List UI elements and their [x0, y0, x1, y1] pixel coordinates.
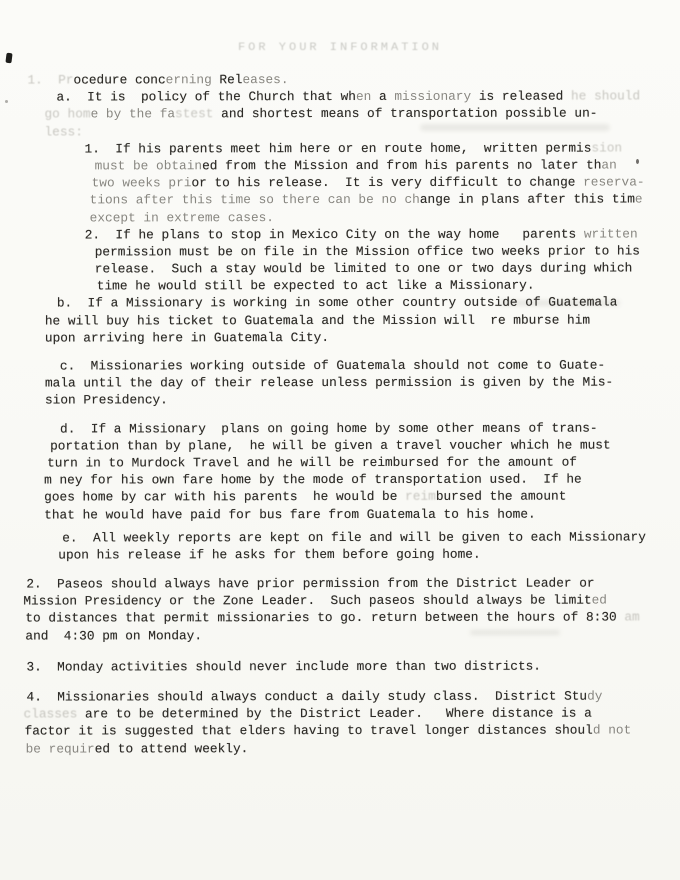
text-segment: must be obtain: [95, 158, 203, 173]
text-segment: a. It is policy of the Church that wh: [56, 89, 356, 105]
text-line: 2. If he plans to stop in Mexico City on…: [85, 225, 680, 243]
text-segment: he should: [571, 89, 640, 104]
text-segment: 4. Missionaries should always conduct a …: [26, 689, 587, 705]
text-line: c. Missionaries working outside of Guate…: [60, 356, 680, 374]
text-segment: reserva-: [583, 175, 644, 190]
text-segment: 3. Monday activities should never includ…: [26, 658, 541, 674]
text-line: 2. Paseos should always have prior permi…: [26, 574, 680, 592]
text-line: 3. Monday activities should never includ…: [26, 657, 680, 675]
text-segment: be requir: [26, 741, 95, 756]
text-segment: stest: [175, 107, 213, 122]
text-line: sion Presidency.: [45, 391, 680, 409]
text-segment: ocedure conc: [73, 72, 165, 87]
text-line: goes home by car with his parents he wou…: [44, 488, 680, 506]
text-line: and 4:30 pm on Monday.: [25, 626, 680, 644]
text-segment: release. Such a stay would be limited to…: [95, 261, 633, 277]
text-line: time he would still be expected to act l…: [97, 277, 680, 295]
text-segment: e. All weekly reports are kept on file a…: [62, 529, 646, 545]
text-segment: ange in plans after this tim: [420, 192, 635, 207]
text-segment: goes home by car with his parents he wou…: [44, 489, 405, 505]
text-line: 1. If his parents meet him here or en ro…: [85, 139, 680, 157]
text-segment: eases.: [242, 72, 288, 87]
text-line: classes are to be determined by the Dist…: [24, 705, 680, 723]
text-segment: b. If a Missionary is working in some ot…: [57, 295, 618, 311]
text-segment: go hom: [44, 107, 90, 122]
text-segment: ed to attend weekly.: [95, 741, 249, 756]
text-segment: classes: [24, 707, 78, 722]
document-title: FOR YOUR INFORMATION: [0, 2, 680, 54]
text-segment: 2. If he plans to stop in Mexico City on…: [85, 226, 584, 242]
text-line: portation than by plane, he will be give…: [50, 436, 680, 454]
text-segment: e by the fa: [91, 107, 176, 122]
text-line: turn in to Murdock Travel and he will be…: [47, 453, 680, 471]
text-segment: except in extreme cases.: [90, 210, 274, 225]
text-segment: or to his release. It is very difficult …: [191, 175, 583, 191]
text-segment: en: [356, 89, 371, 104]
text-segment: am: [624, 610, 639, 625]
text-segment: he will buy his ticket to Guatemala and …: [45, 312, 590, 328]
text-segment: portation than by plane, he will be give…: [50, 437, 611, 453]
text-line: a. It is policy of the Church that when …: [56, 88, 679, 106]
text-line: b. If a Missionary is working in some ot…: [57, 294, 680, 312]
text-line: mala until the day of their release unle…: [45, 374, 680, 392]
text-segment: upon arriving here in Guatemala City.: [45, 330, 329, 345]
text-segment: less:: [45, 124, 83, 139]
text-segment: dy: [587, 689, 602, 704]
text-segment: mala until the day of their release unle…: [45, 375, 613, 391]
text-segment: upon his release if he asks for them bef…: [58, 547, 480, 563]
text-segment: permission must be on file in the Missio…: [95, 243, 640, 259]
text-segment: ed: [592, 593, 607, 608]
text-segment: are to be determined by the District Lea…: [77, 706, 592, 722]
text-segment: sion Presidency.: [45, 393, 168, 408]
text-segment: an: [601, 157, 616, 172]
text-segment: 1. If his parents meet him here or en ro…: [85, 140, 592, 156]
text-segment: a: [371, 89, 394, 104]
text-segment: factor it is suggested that elders havin…: [25, 723, 593, 739]
text-segment: Mission Presidency or the Zone Leader. S…: [23, 593, 591, 609]
text-line: two weeks prior to his release. It is ve…: [92, 174, 680, 192]
text-segment: erning: [166, 72, 212, 87]
text-segment: turn in to Murdock Travel and he will be…: [47, 455, 577, 471]
text-segment: 2. Paseos should always have prior permi…: [26, 576, 594, 592]
text-segment: ed from the Mission and from his parents…: [202, 157, 601, 173]
text-segment: and 4:30 pm on Monday.: [25, 628, 202, 643]
text-segment: e: [635, 192, 643, 207]
text-line: upon arriving here in Guatemala City.: [45, 328, 680, 346]
text-segment: bursed the amount: [436, 489, 567, 504]
text-line: less:: [45, 122, 680, 140]
paragraph-gap: [0, 674, 680, 688]
text-line: factor it is suggested that elders havin…: [25, 722, 680, 740]
text-segment: and shortest means of transportation pos…: [213, 106, 597, 122]
text-line: that he would have paid for bus fare fro…: [44, 505, 680, 523]
text-line: tions after this time so there can be no…: [90, 191, 680, 209]
text-line: must be obtained from the Mission and fr…: [95, 156, 680, 174]
text-segment: reim: [405, 489, 436, 504]
text-line: d. If a Missionary plans on going home b…: [60, 419, 680, 437]
paragraph-gap: [0, 643, 680, 658]
text-segment: Rel: [212, 72, 243, 87]
text-segment: missionary: [394, 89, 471, 104]
text-line: Mission Presidency or the Zone Leader. S…: [23, 592, 680, 610]
text-segment: two weeks pri: [92, 175, 192, 190]
text-segment: sion: [591, 140, 622, 155]
text-line: to distances that permit missionaries to…: [25, 609, 680, 627]
text-segment: written: [584, 226, 638, 241]
text-segment: to distances that permit missionaries to…: [25, 610, 624, 626]
text-line: upon his release if he asks for them bef…: [58, 545, 680, 563]
text-line: e. All weekly reports are kept on file a…: [62, 528, 680, 546]
text-line: 4. Missionaries should always conduct a …: [26, 687, 680, 705]
text-line: 1. Procedure concerning Releases.: [27, 70, 679, 88]
text-segment: is released: [471, 89, 571, 104]
text-line: release. Such a stay would be limited to…: [95, 259, 680, 277]
text-line: m ney for his own fare home by the mode …: [44, 471, 680, 489]
text-segment: tions after this time so there can be no…: [90, 192, 420, 208]
text-line: be required to attend weekly.: [26, 739, 680, 757]
text-line: he will buy his ticket to Guatemala and …: [45, 311, 680, 329]
text-segment: that he would have paid for bus fare fro…: [44, 506, 536, 522]
scanned-document-page: FOR YOUR INFORMATION 1. Procedure concer…: [0, 0, 680, 880]
text-line: permission must be on file in the Missio…: [95, 242, 680, 260]
text-segment: d not: [593, 723, 631, 738]
text-line: except in extreme cases.: [90, 208, 680, 226]
document-body: 1. Procedure concerning Releases.a. It i…: [0, 55, 680, 757]
text-segment: m ney for his own fare home by the mode …: [44, 472, 582, 488]
text-line: go home by the fastest and shortest mean…: [44, 105, 679, 123]
text-segment: 1. Pr: [27, 72, 73, 87]
text-segment: c. Missionaries working outside of Guate…: [60, 358, 605, 374]
text-segment: d. If a Missionary plans on going home b…: [60, 420, 598, 436]
text-segment: time he would still be expected to act l…: [97, 278, 535, 294]
